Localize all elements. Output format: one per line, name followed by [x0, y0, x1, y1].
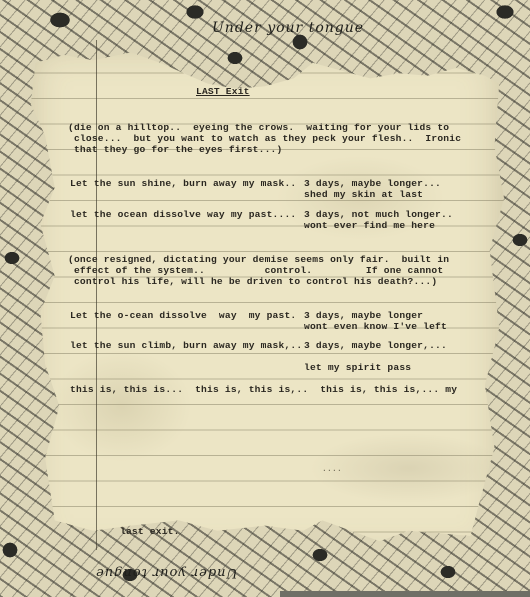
- handwritten-caption-top: Under your tongue: [212, 20, 364, 36]
- refrain-line: this is, this is... this is, this is,.. …: [70, 384, 457, 396]
- ellipsis-mark: ....: [322, 464, 342, 476]
- paper-margin-line: [96, 40, 97, 550]
- intro-line-2: close... but you want to watch as they p…: [68, 133, 461, 145]
- couplet-4-right-3: let my spirit pass: [304, 362, 411, 374]
- couplet-1-left: Let the sun shine, burn away my mask..: [70, 178, 296, 190]
- handwritten-caption-bottom: Under your tongue: [95, 565, 237, 580]
- interlude-line-1: (once resigned, dictating your demise se…: [68, 254, 449, 266]
- couplet-3-left: Let the o-cean dissolve way my past.: [70, 310, 296, 322]
- bottom-edge-strip: [280, 591, 530, 597]
- couplet-2-right-1: 3 days, not much longer..: [304, 209, 453, 221]
- couplet-2-right-2: wont ever find me here: [304, 220, 435, 232]
- couplet-2-left: let the ocean dissolve way my past....: [70, 209, 296, 221]
- poem-title: LAST Exit: [196, 86, 250, 98]
- intro-line-3: that they go for the eyes first...): [68, 144, 282, 156]
- closing-line: last exit.: [120, 526, 180, 538]
- couplet-1-right-1: 3 days, maybe longer...: [304, 178, 441, 190]
- couplet-4-right-1: 3 days, maybe longer,...: [304, 340, 447, 352]
- couplet-3-right-2: wont even know I've left: [304, 321, 447, 333]
- torn-lined-paper: [26, 42, 504, 562]
- couplet-4-left: let the sun climb, burn away my mask,..: [70, 340, 302, 352]
- interlude-line-3: control his life, will he be driven to c…: [68, 276, 437, 288]
- intro-line-1: (die on a hilltop.. eyeing the crows. wa…: [68, 122, 449, 134]
- couplet-3-right-1: 3 days, maybe longer: [304, 310, 423, 322]
- couplet-1-right-2: shed my skin at last: [304, 189, 423, 201]
- interlude-line-2: effect of the system.. control. If one c…: [68, 265, 443, 277]
